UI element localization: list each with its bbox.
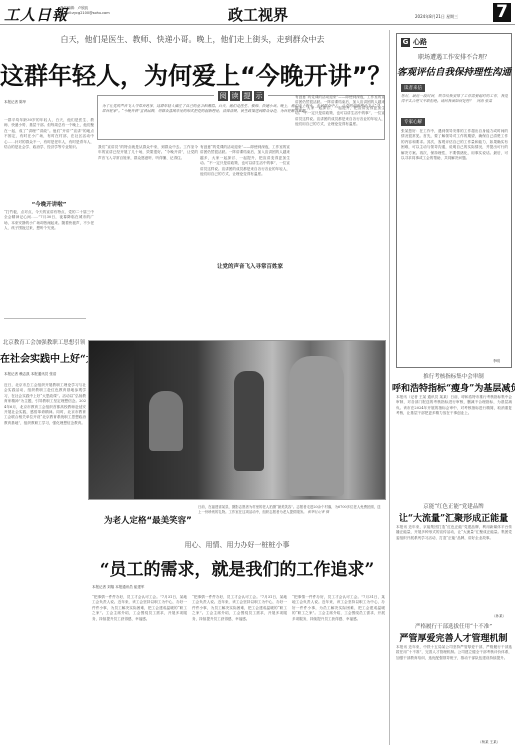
main-col1-text: 一群平均年龄30岁的年轻人，白天，他们是医生、教师、快递小哥、基层干部。但每周总… <box>4 118 94 198</box>
photo-caption-title: 为老人定格“最美笑容” <box>104 514 192 526</box>
heart-path-column: G 心路 职场遭遇工作安排不合理？ 客观评估自我保持理性沟通 读者来信 您好，最… <box>396 33 512 368</box>
right1-headline: 呼和浩特指标“瘦身”为基层减负 <box>392 381 515 394</box>
expert-text: 张某您好：在工作中，遇到领导安排的工作超出自身能力或时间的情况很常见。首先，要了… <box>401 129 508 357</box>
sidebar-kicker: 职场遭遇工作安排不合理？ <box>397 52 511 61</box>
column-logo-icon: G <box>401 38 410 47</box>
right3-signature: （杨某 王某） <box>478 740 500 745</box>
main-col3-text: 有创意“的党课的活动迎来”——即使到深夜，工作室的宣讲团仍然很活跃。一阵讲课结束… <box>200 145 290 260</box>
right1-text: 本报讯（记者 王某 通讯员 某某）日前，呼和浩特市推行考核指标集中会审制，对各部… <box>396 395 512 500</box>
main-kicker: 白天，他们是医生、教师、快递小哥。晚上，他们走上街头，走到群众中去 <box>0 34 385 45</box>
reader-letter-tag: 读者来信 <box>401 84 425 92</box>
right2-headline: 让“大流量”汇聚形成正能量 <box>392 511 515 524</box>
right1-kicker: 推行考核指标集中会审制 <box>392 372 515 380</box>
reading-tip-label: 阅 读 提 示 <box>214 91 268 101</box>
page-number: 7 <box>493 3 511 22</box>
right2-signature: （孙某） <box>492 614 506 619</box>
news-photo <box>88 340 386 500</box>
main-col1-text2: “打竹板，点对点，今天的宣讲有特点，党的二十届三中全会精神记心间……”7月30日… <box>4 210 94 310</box>
bottom-headline: “员工的需求，就是我们的工作追求” <box>88 555 386 580</box>
photo-caption-text: 日前，在福建省某县，摄影志愿者为村里的老人拍摄“最美笑容”。志愿者走进20余个村… <box>198 505 383 515</box>
photo-credit: 新华社记者 摄 <box>308 510 329 514</box>
main-subhead-1: “今晚开讲啦” <box>4 200 94 208</box>
photo-photographer <box>289 356 344 496</box>
newspaper-logo: 工人日報 <box>4 4 68 25</box>
bottom-col3-text: “把事情一件件办好，员工才会认可工会。”7月31日，某地工会负责人说。近年来，该… <box>292 595 385 745</box>
bottom-kicker: 用心、用情、用力办好一桩桩小事 <box>88 540 386 550</box>
column-divider <box>389 30 390 745</box>
bottom-col1-text: “把事情一件件办好，员工才会认可工会。”7月31日，某地工会负责人说。近年来，该… <box>92 595 187 745</box>
section-title: 政工视界 <box>228 4 288 25</box>
divider <box>4 318 86 319</box>
main-col4-text: 有创意“的党课的活动迎来”——即使到深夜，工作室的宣讲团仍然很活跃。一阵讲课结束… <box>295 95 385 335</box>
left-headline: 在社会实践中上好“大思政课” <box>0 350 88 365</box>
bottom-col2-text: “把事情一件件办好，员工才会认可工会。”7月31日，某地工会负责人说。近年来，该… <box>192 595 287 745</box>
editor-email: E-mail:zycg2100@sohu.com <box>60 11 110 16</box>
right2-text: 本报讯 近年来，京能集团打造“红色正能”党建品牌，利用新媒体平台传播正能量，开展… <box>396 525 512 615</box>
left-byline: 本报记者 赖志凯 本报通讯员 张浩 <box>4 372 56 377</box>
masthead: 工人日報 责任编辑：卢欣凯 E-mail:zycg2100@sohu.com 政… <box>0 0 515 25</box>
main-subhead-2: 让党的声音飞入寻常百姓家 <box>200 262 300 270</box>
bottom-byline: 本报记者 刘翔 本报通讯员 崔建军 <box>92 585 144 590</box>
left-article-text: 近日，北京市总工会组织开展教职工理论学习与社会实践活动，组织教职工赴红色教育基地… <box>4 383 86 743</box>
column-logo: G 心路 <box>401 37 427 48</box>
left-kicker: 北京教育工会加强教职工思想引领 <box>0 338 88 346</box>
right3-text: 本报讯 近年来，中铁十五局某公司坚持严管厚爱干部，严格履行干部选拔任用“十不准”… <box>396 645 512 740</box>
reader-letter-text: 您好，最近一段时间，领导给我安排了工作需要超时的工作，我觉得不太合理又不敢拒绝。… <box>401 94 508 116</box>
editor-info: 责任编辑：卢欣凯 E-mail:zycg2100@sohu.com <box>60 6 110 16</box>
expert-tag: 专家心解 <box>401 118 425 126</box>
issue-date: 2024年8月21日 星期三 <box>415 14 458 20</box>
photo-seated-elder <box>149 391 183 451</box>
column-name: 心路 <box>413 37 427 48</box>
right3-headline: 严管厚爱完善人才管理机制 <box>392 631 515 644</box>
main-byline: 本报记者 陈华 <box>4 100 26 105</box>
main-headline: 这群年轻人，为何爱上“今晚开讲”？ <box>0 56 385 91</box>
sidebar-headline: 客观评估自我保持理性沟通 <box>397 64 511 78</box>
sidebar-signature: 李明 <box>493 359 500 364</box>
photo-volunteer <box>234 371 264 471</box>
main-col2-text: 我们“宣讲员”的特点就是从群众中来，到群众中去。工作室今年的宣讲已经开展了几十场… <box>98 145 198 225</box>
right2-kicker: 京能“红色正能”党建品牌 <box>392 502 515 510</box>
right3-kicker: 严格履行干部选拔任用“十不准” <box>392 622 515 630</box>
